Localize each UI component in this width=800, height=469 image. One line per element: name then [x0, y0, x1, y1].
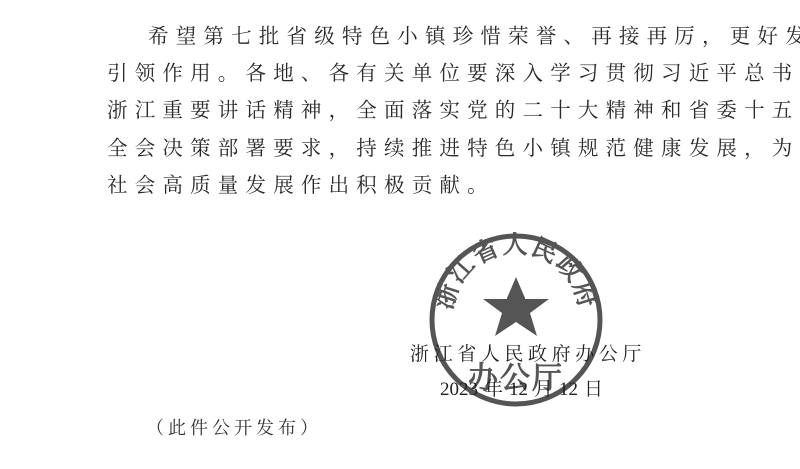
date-year: 2023 — [440, 379, 478, 400]
paragraph-line-2: 引领作用。各地、各有关单位要深入学习贯彻习近平总书记考察 — [107, 61, 697, 85]
issuer-signature: 浙江省人民政府办公厅 — [410, 339, 646, 366]
issue-date: 2023年12月12日 — [440, 374, 609, 401]
paragraph-line-4: 全会决策部署要求，持续推进特色小镇规范健康发展，为全省经济 — [107, 136, 697, 160]
date-day-unit: 日 — [584, 379, 603, 400]
date-year-unit: 年 — [484, 379, 503, 400]
paragraph-line-3: 浙江重要讲话精神，全面落实党的二十大精神和省委十五届四次 — [107, 98, 697, 122]
paragraph-line-5: 社会高质量发展作出积极贡献。 — [107, 173, 697, 197]
date-day: 12 — [559, 379, 578, 400]
star-icon — [483, 277, 549, 336]
document-page: 希望第七批省级特色小镇珍惜荣誉、再接再厉，更好发挥示范 引领作用。各地、各有关单… — [0, 0, 800, 469]
date-month: 12 — [509, 379, 528, 400]
date-month-unit: 月 — [534, 379, 553, 400]
publication-note: （此件公开发布） — [146, 414, 322, 440]
paragraph-line-1: 希望第七批省级特色小镇珍惜荣誉、再接再厉，更好发挥示范 — [148, 24, 738, 48]
